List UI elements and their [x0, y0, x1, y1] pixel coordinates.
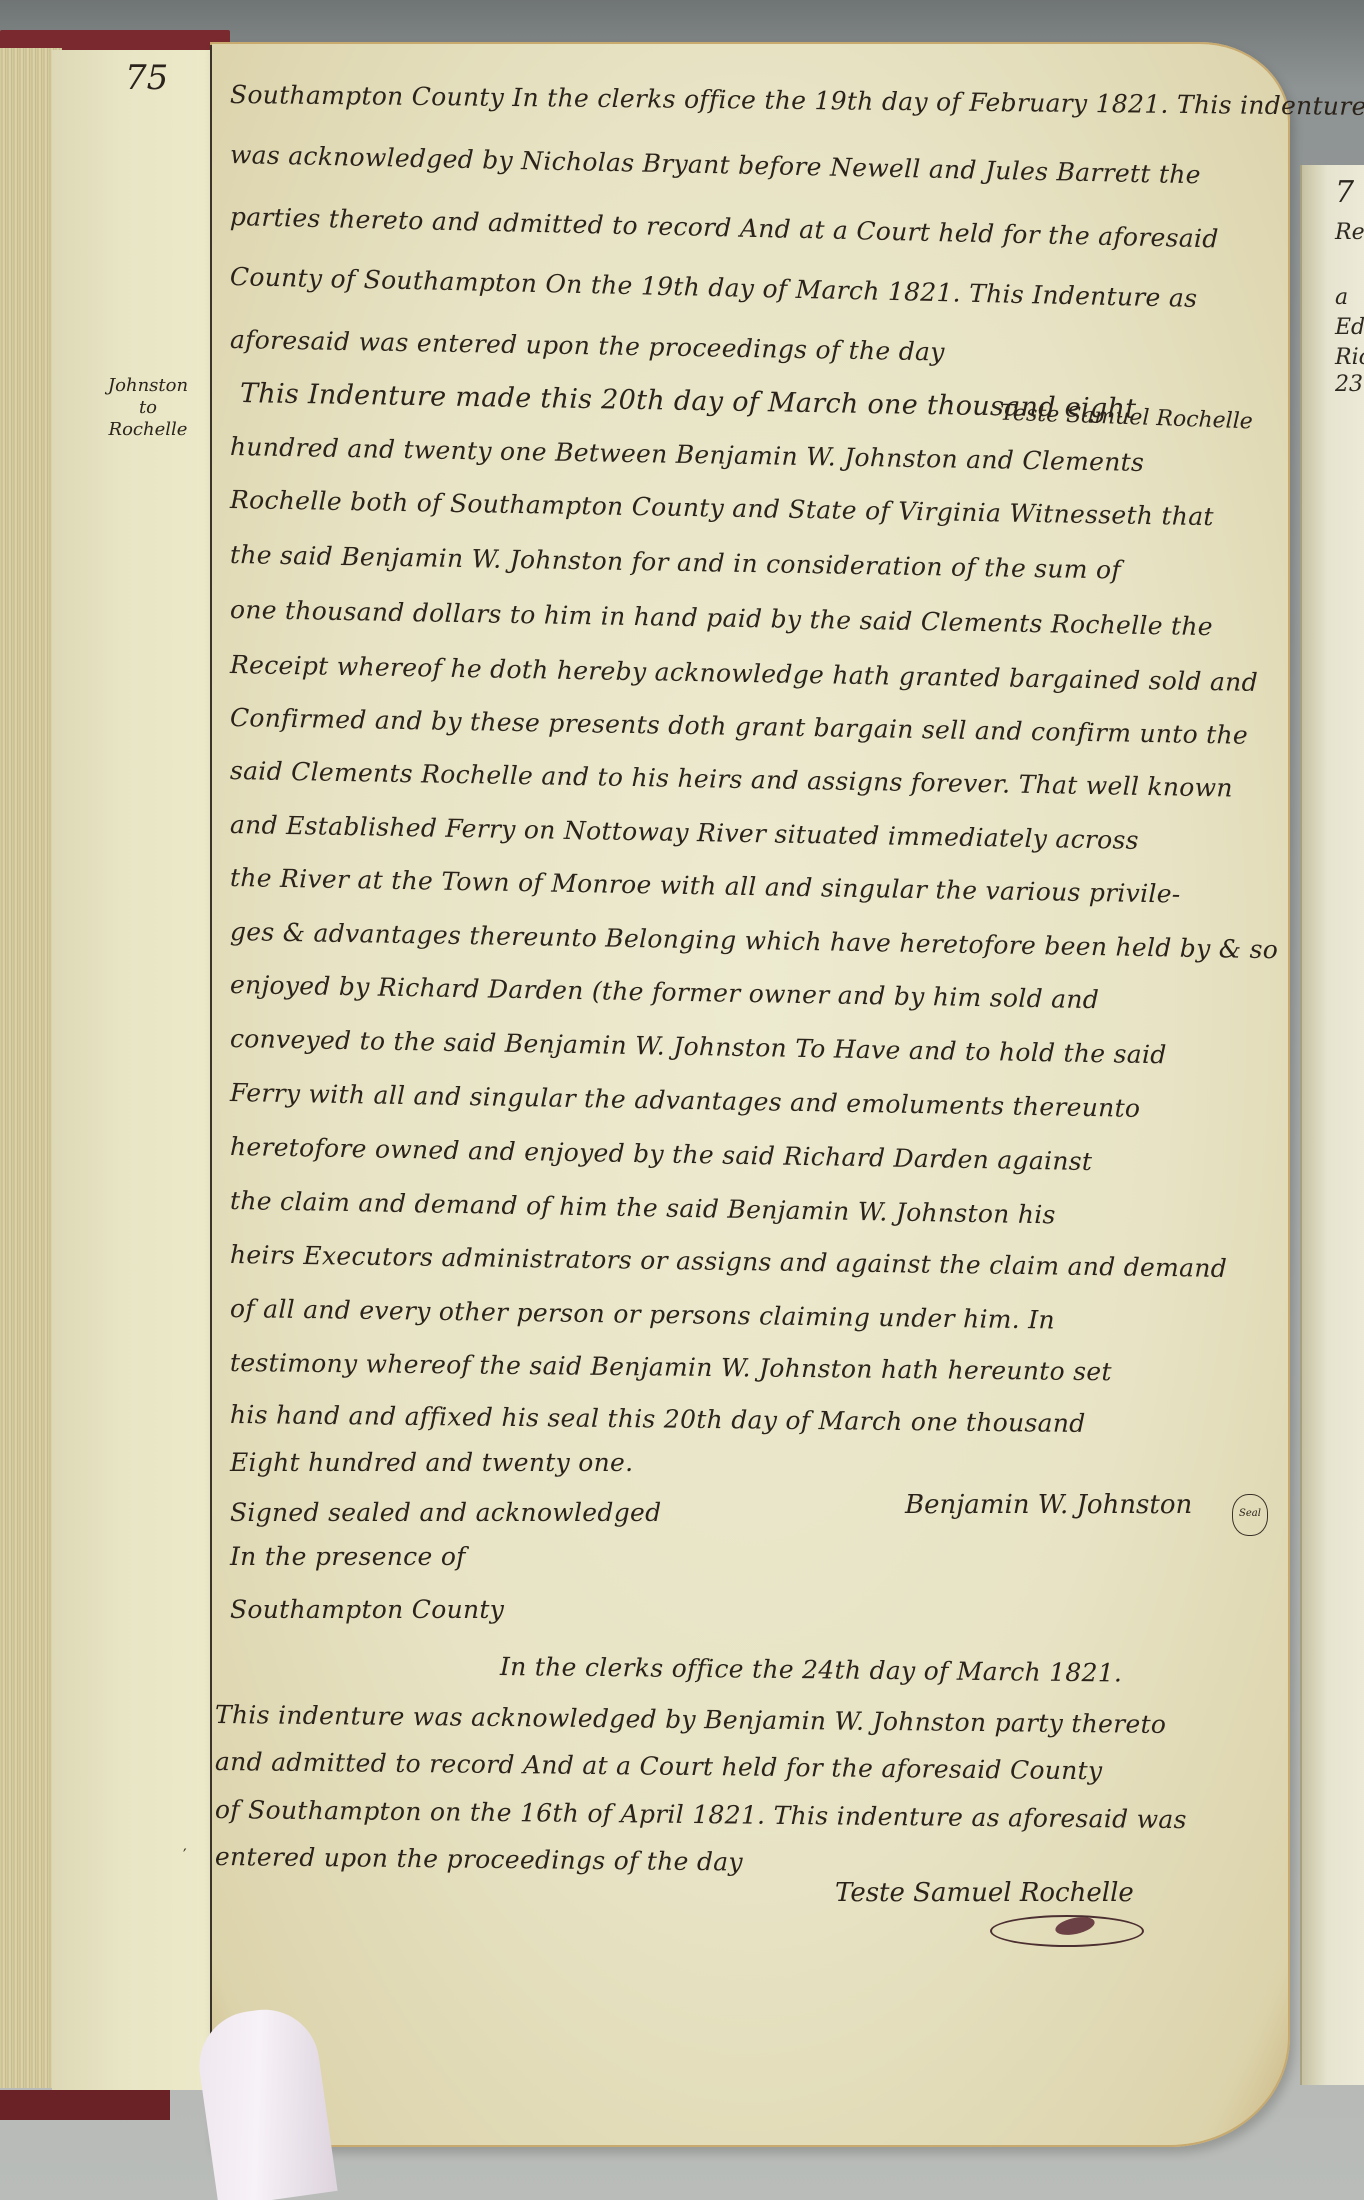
margin-tick: ′	[183, 1845, 187, 1864]
left-page-margin	[52, 50, 227, 2090]
next-page-fragment: Re	[1335, 220, 1364, 245]
next-page-fragment: 7	[1335, 175, 1354, 210]
witness-clause: In the presence of	[230, 1542, 466, 1571]
certificate-heading: Southampton County	[230, 1595, 504, 1624]
next-page-edge	[1300, 165, 1364, 2085]
attestation-signature: Teste Samuel Rochelle	[835, 1878, 1134, 1908]
text-line: Eight hundred and twenty one.	[230, 1448, 633, 1477]
book-cover-bottom	[0, 2090, 170, 2120]
margin-note: Johnston to Rochelle	[88, 375, 208, 441]
next-page-fragment: Ed	[1335, 315, 1364, 340]
seal-icon: Seal	[1232, 1494, 1268, 1536]
margin-note-to: to	[88, 397, 208, 419]
grantor-signature: Benjamin W. Johnston	[905, 1490, 1192, 1520]
margin-rule	[210, 45, 212, 2125]
next-page-fragment: Rich	[1335, 345, 1364, 370]
text-line: entered upon the proceedings of the day	[215, 1842, 743, 1877]
margin-note-grantee: Rochelle	[88, 419, 208, 441]
folio-number: 75	[125, 58, 168, 98]
margin-note-grantor: Johnston	[88, 375, 208, 397]
next-page-fragment: 23rd	[1335, 372, 1364, 397]
witness-clause: Signed sealed and acknowledged	[230, 1498, 661, 1527]
next-page-fragment: a	[1335, 285, 1348, 310]
